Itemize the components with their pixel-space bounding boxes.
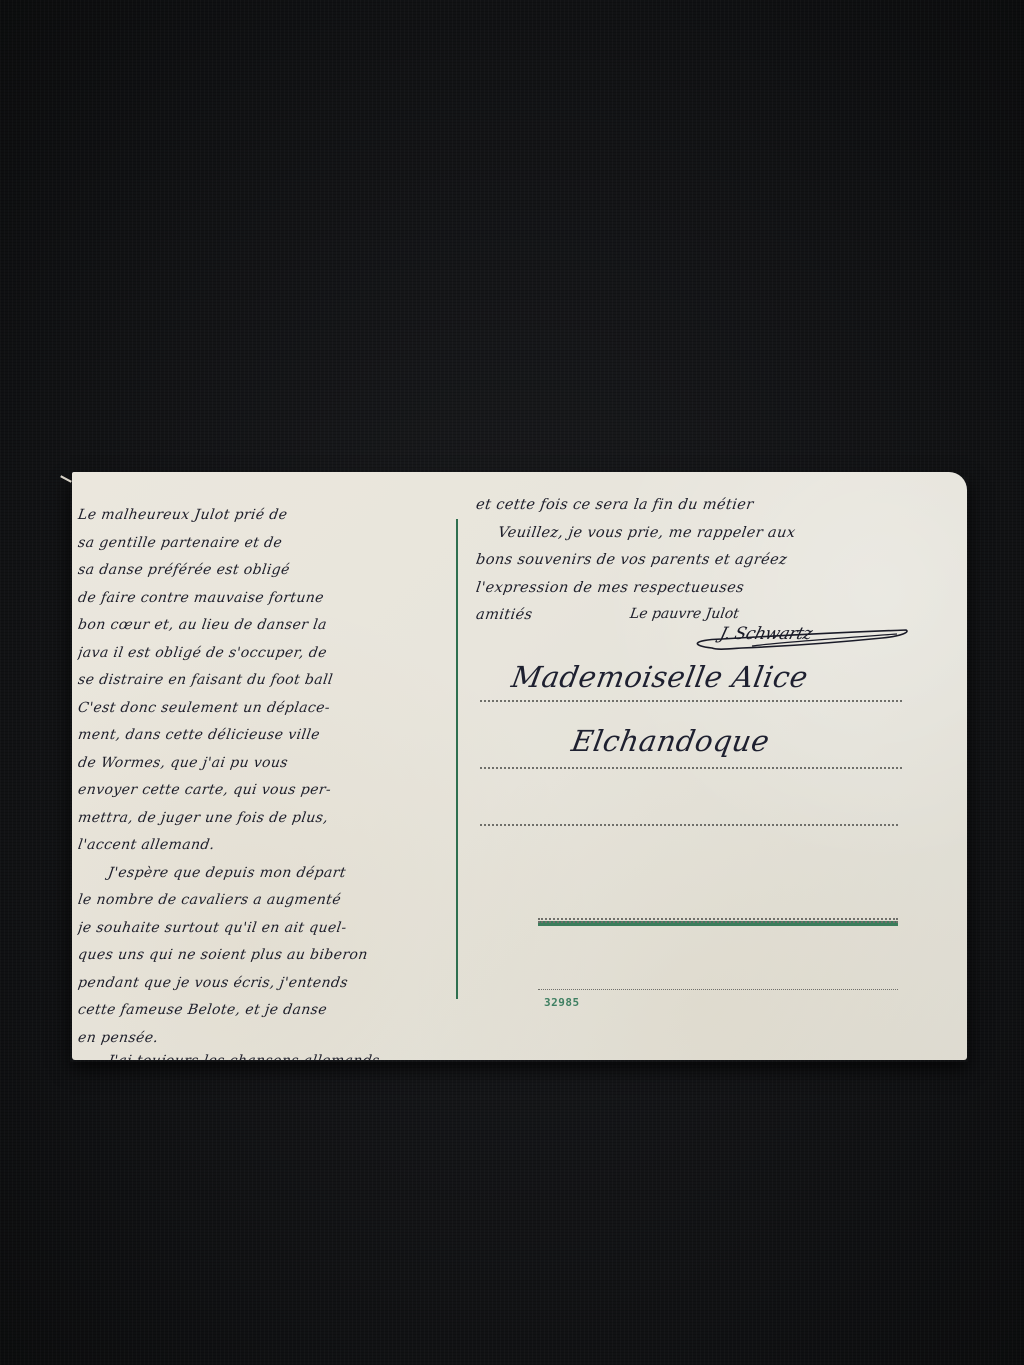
address-line xyxy=(480,824,898,826)
card-number: 32985 xyxy=(544,996,580,1009)
message-line: de faire contre mauvaise fortune xyxy=(76,585,460,613)
message-line: et cette fois ce sera la fin du métier xyxy=(474,492,948,520)
message-line: sa danse préférée est obligé xyxy=(76,557,460,585)
message-line: J'ai toujours les chansons allemands xyxy=(77,1052,460,1060)
address-line xyxy=(538,918,898,920)
message-line: pendant que je vous écris, j'entends xyxy=(76,970,460,998)
message-line: l'expression de mes respectueuses xyxy=(474,575,948,603)
message-line: je souhaite surtout qu'il en ait quel- xyxy=(76,915,460,943)
message-line: bon cœur et, au lieu de danser la xyxy=(76,612,460,640)
address-line xyxy=(480,767,902,769)
sign-off: Le pauvre Julot xyxy=(629,606,740,622)
address-line xyxy=(480,700,902,702)
recipient-name: Mademoiselle Alice xyxy=(509,660,811,694)
message-line: ques uns qui ne soient plus au biberon xyxy=(76,942,460,970)
message-line: en pensée. xyxy=(76,1025,460,1053)
message-line: mettra, de juger une fois de plus, xyxy=(76,805,460,833)
recipient-city: Elchandoque xyxy=(569,724,772,758)
message-line: envoyer cette carte, qui vous per- xyxy=(76,777,460,805)
message-line: cette fameuse Belote, et je danse xyxy=(76,997,460,1025)
message-line: java il est obligé de s'occuper, de xyxy=(76,640,460,668)
message-line: C'est donc seulement un déplace- xyxy=(76,695,460,723)
message-line: Le malheureux Julot prié de xyxy=(76,502,460,530)
message-line: de Wormes, que j'ai pu vous xyxy=(76,750,460,778)
message-line: ment, dans cette délicieuse ville xyxy=(76,722,460,750)
message-line: se distraire en faisant du foot ball xyxy=(76,667,460,695)
message-line: sa gentille partenaire et de xyxy=(76,530,460,558)
vertical-divider xyxy=(456,519,458,999)
message-line: Veuillez, je vous prie, me rappeler aux xyxy=(474,520,948,548)
address-line-green xyxy=(538,921,898,926)
address-line xyxy=(538,989,898,990)
message-line: bons souvenirs de vos parents et agréez xyxy=(474,547,948,575)
message-line: le nombre de cavaliers a augmenté xyxy=(76,887,460,915)
postcard: Le malheureux Julot prié de sa gentille … xyxy=(72,472,967,1060)
message-left: Le malheureux Julot prié de sa gentille … xyxy=(78,502,458,1060)
message-line: l'accent allemand. xyxy=(76,832,460,860)
message-line: J'espère que depuis mon départ xyxy=(76,860,460,888)
signature-text: J. Schwartz xyxy=(718,624,815,644)
signature: J. Schwartz xyxy=(682,622,912,656)
